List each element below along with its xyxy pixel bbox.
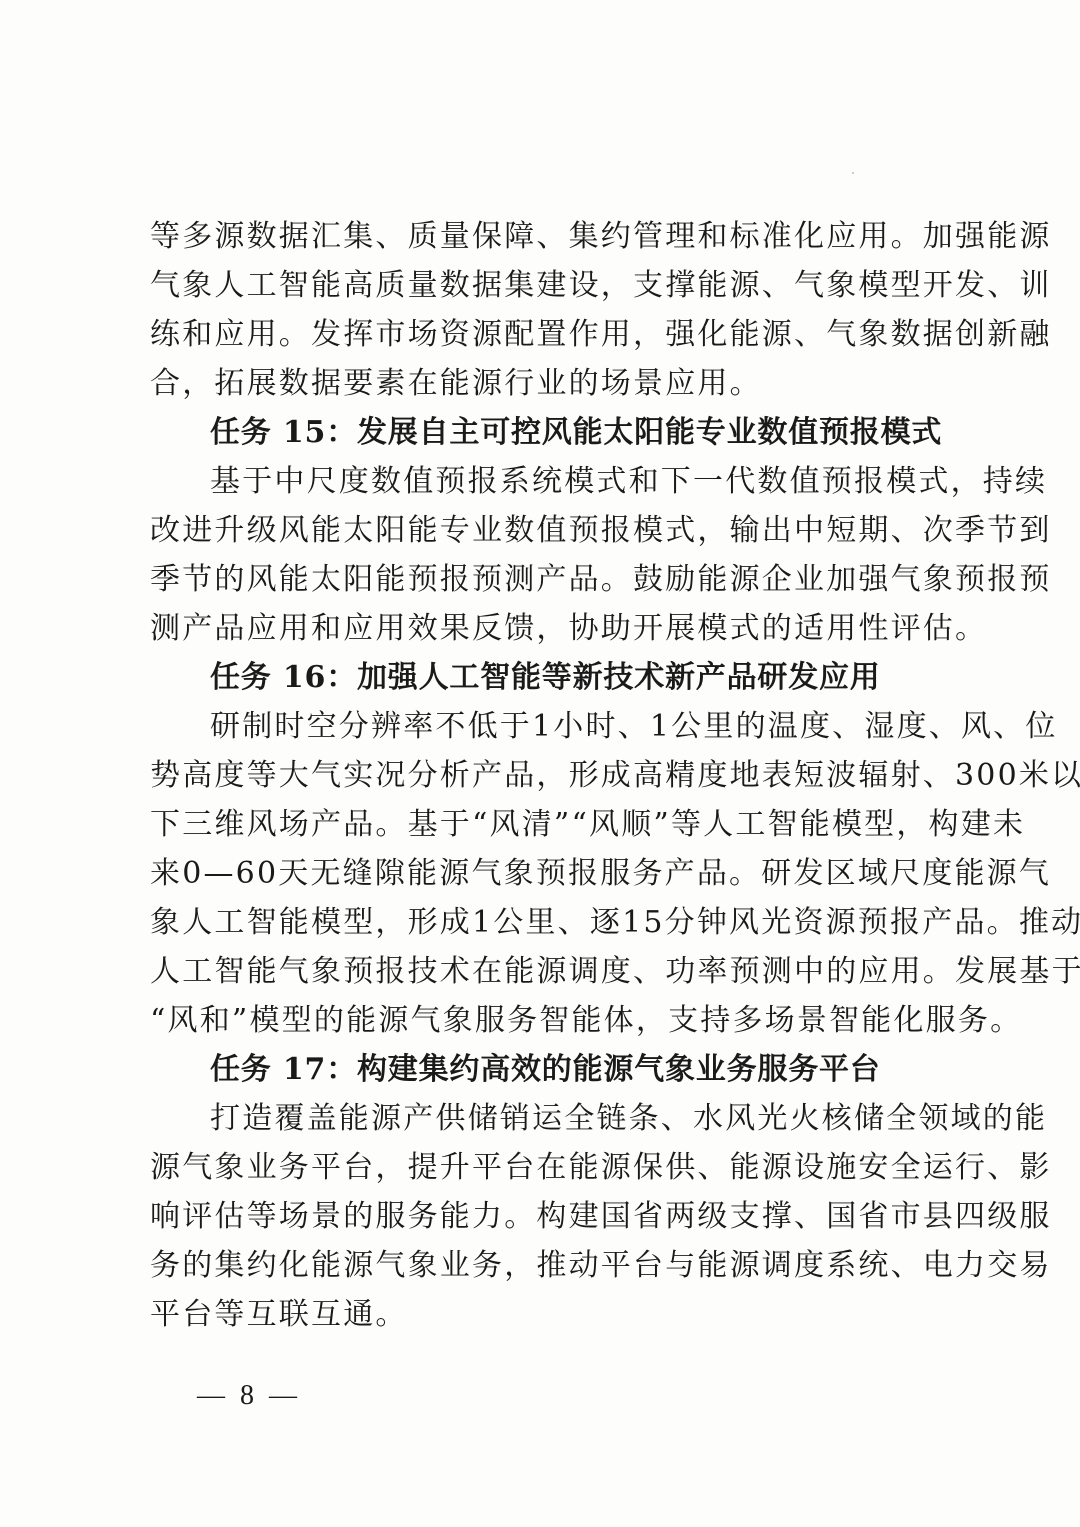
paragraph-line: 响评估等场景的服务能力。构建国省两级支撑、国省市县四级服 xyxy=(150,1192,965,1241)
paragraph-line: 测产品应用和应用效果反馈，协助开展模式的适用性评估。 xyxy=(150,604,965,653)
paragraph-line: 练和应用。发挥市场资源配置作用，强化能源、气象数据创新融 xyxy=(150,310,965,359)
paragraph-line: 研制时空分辨率不低于1小时、1公里的温度、湿度、风、位 xyxy=(150,702,965,751)
page-number: — 8 — xyxy=(197,1380,301,1412)
paragraph-line: 源气象业务平台，提升平台在能源保供、能源设施安全运行、影 xyxy=(150,1143,965,1192)
paragraph-line: 来0—60天无缝隙能源气象预报服务产品。研发区域尺度能源气 xyxy=(150,849,965,898)
paragraph-line: 等多源数据汇集、质量保障、集约管理和标准化应用。加强能源 xyxy=(150,212,965,261)
paragraph-line: 平台等互联互通。 xyxy=(150,1290,965,1339)
paragraph-line: 人工智能气象预报技术在能源调度、功率预测中的应用。发展基于 xyxy=(150,947,965,996)
task-17-heading: 任务 17：构建集约高效的能源气象业务服务平台 xyxy=(150,1045,965,1094)
paragraph-line: 象人工智能模型，形成1公里、逐15分钟风光资源预报产品。推动 xyxy=(150,898,965,947)
paragraph-line: 下三维风场产品。基于“风清”“风顺”等人工智能模型，构建未 xyxy=(150,800,965,849)
document-page: 等多源数据汇集、质量保障、集约管理和标准化应用。加强能源 气象人工智能高质量数据… xyxy=(0,0,1080,1527)
scan-speck xyxy=(852,172,854,174)
paragraph-line: 季节的风能太阳能预报预测产品。鼓励能源企业加强气象预报预 xyxy=(150,555,965,604)
paragraph-line: 基于中尺度数值预报系统模式和下一代数值预报模式，持续 xyxy=(150,457,965,506)
scan-speck xyxy=(968,238,971,241)
paragraph-line: 务的集约化能源气象业务，推动平台与能源调度系统、电力交易 xyxy=(150,1241,965,1290)
paragraph-line: 打造覆盖能源产供储销运全链条、水风光火核储全领域的能 xyxy=(150,1094,965,1143)
paragraph-line: “风和”模型的能源气象服务智能体，支持多场景智能化服务。 xyxy=(150,996,965,1045)
paragraph-line: 改进升级风能太阳能专业数值预报模式，输出中短期、次季节到 xyxy=(150,506,965,555)
task-17-section: 任务 17：构建集约高效的能源气象业务服务平台 打造覆盖能源产供储销运全链条、水… xyxy=(150,1045,965,1339)
paragraph-line: 气象人工智能高质量数据集建设，支撑能源、气象模型开发、训 xyxy=(150,261,965,310)
task-15-section: 任务 15：发展自主可控风能太阳能专业数值预报模式 基于中尺度数值预报系统模式和… xyxy=(150,408,965,653)
document-body: 等多源数据汇集、质量保障、集约管理和标准化应用。加强能源 气象人工智能高质量数据… xyxy=(150,212,965,1339)
task-15-heading: 任务 15：发展自主可控风能太阳能专业数值预报模式 xyxy=(150,408,965,457)
task-16-section: 任务 16：加强人工智能等新技术新产品研发应用 研制时空分辨率不低于1小时、1公… xyxy=(150,653,965,1045)
paragraph-line: 势高度等大气实况分析产品，形成高精度地表短波辐射、300米以 xyxy=(150,751,965,800)
intro-paragraph: 等多源数据汇集、质量保障、集约管理和标准化应用。加强能源 气象人工智能高质量数据… xyxy=(150,212,965,408)
paragraph-line: 合，拓展数据要素在能源行业的场景应用。 xyxy=(150,359,965,408)
task-16-heading: 任务 16：加强人工智能等新技术新产品研发应用 xyxy=(150,653,965,702)
